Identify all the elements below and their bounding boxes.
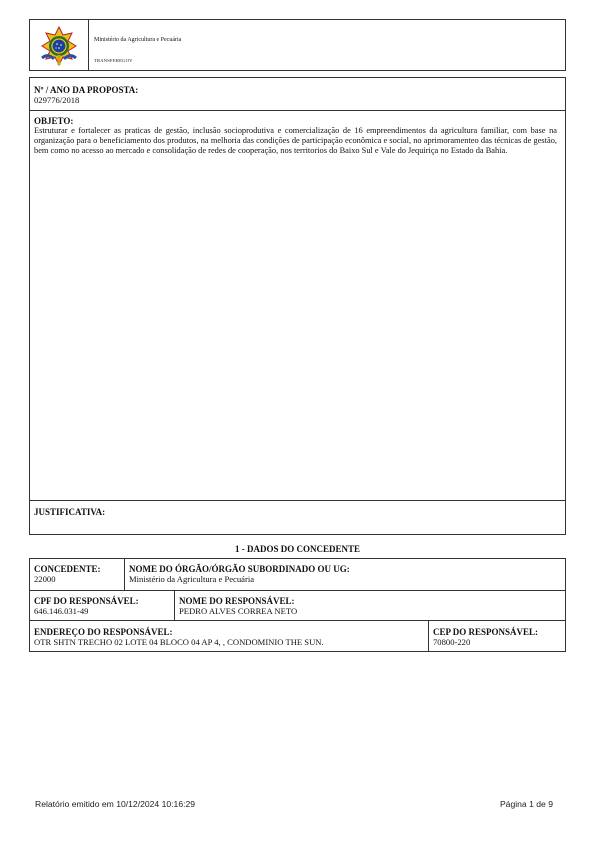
logo-cell (30, 20, 89, 70)
endereco-label: ENDEREÇO DO RESPONSÁVEL: (34, 627, 324, 637)
objeto-box: OBJETO: Estruturar e fortalecer as prati… (29, 110, 566, 501)
justificativa-label: JUSTIFICATIVA: (34, 507, 561, 517)
proposta-box: Nº / ANO DA PROPOSTA: 029776/2018 (29, 77, 566, 111)
orgao-label: NOME DO ÓRGÃO/ÓRGÃO SUBORDINADO OU UG: (129, 564, 350, 574)
proposta-label: Nº / ANO DA PROPOSTA: (34, 85, 138, 95)
objeto-label: OBJETO: (34, 116, 561, 126)
brasil-coat-of-arms-icon (38, 25, 80, 67)
ministry-name: Ministério da Agricultura e Pecuária (94, 37, 181, 43)
document-header: Ministério da Agricultura e Pecuária TRA… (29, 19, 566, 71)
proposta-value: 029776/2018 (34, 95, 138, 105)
nome-label: NOME DO RESPONSÁVEL: (179, 596, 297, 606)
objeto-text: Estruturar e fortalecer as praticas de g… (34, 126, 557, 156)
section-title: 1 - DADOS DO CONCEDENTE (29, 544, 566, 554)
concedente-label: CONCEDENTE: (34, 564, 101, 574)
cep-value: 70800-220 (433, 637, 538, 647)
footer-emitted: Relatório emitido em 10/12/2024 10:16:29 (35, 799, 195, 809)
cep-label: CEP DO RESPONSÁVEL: (433, 627, 538, 637)
footer-page-number: Página 1 de 9 (500, 799, 553, 809)
system-name: TRANSFEREGOV (94, 58, 133, 63)
cpf-label: CPF DO RESPONSÁVEL: (34, 596, 139, 606)
endereco-value: OTR SHTN TRECHO 02 LOTE 04 BLOCO 04 AP 4… (34, 637, 324, 647)
cpf-value: 646.146.031-49 (34, 606, 139, 616)
justificativa-box: JUSTIFICATIVA: (29, 500, 566, 535)
concedente-value: 22000 (34, 574, 101, 584)
endereco-row: ENDEREÇO DO RESPONSÁVEL: OTR SHTN TRECHO… (29, 620, 566, 652)
nome-value: PEDRO ALVES CORREA NETO (179, 606, 297, 616)
responsavel-row: CPF DO RESPONSÁVEL: 646.146.031-49 NOME … (29, 590, 566, 621)
concedente-row: CONCEDENTE: 22000 NOME DO ÓRGÃO/ÓRGÃO SU… (29, 558, 566, 591)
orgao-value: Ministério da Agricultura e Pecuária (129, 574, 350, 584)
